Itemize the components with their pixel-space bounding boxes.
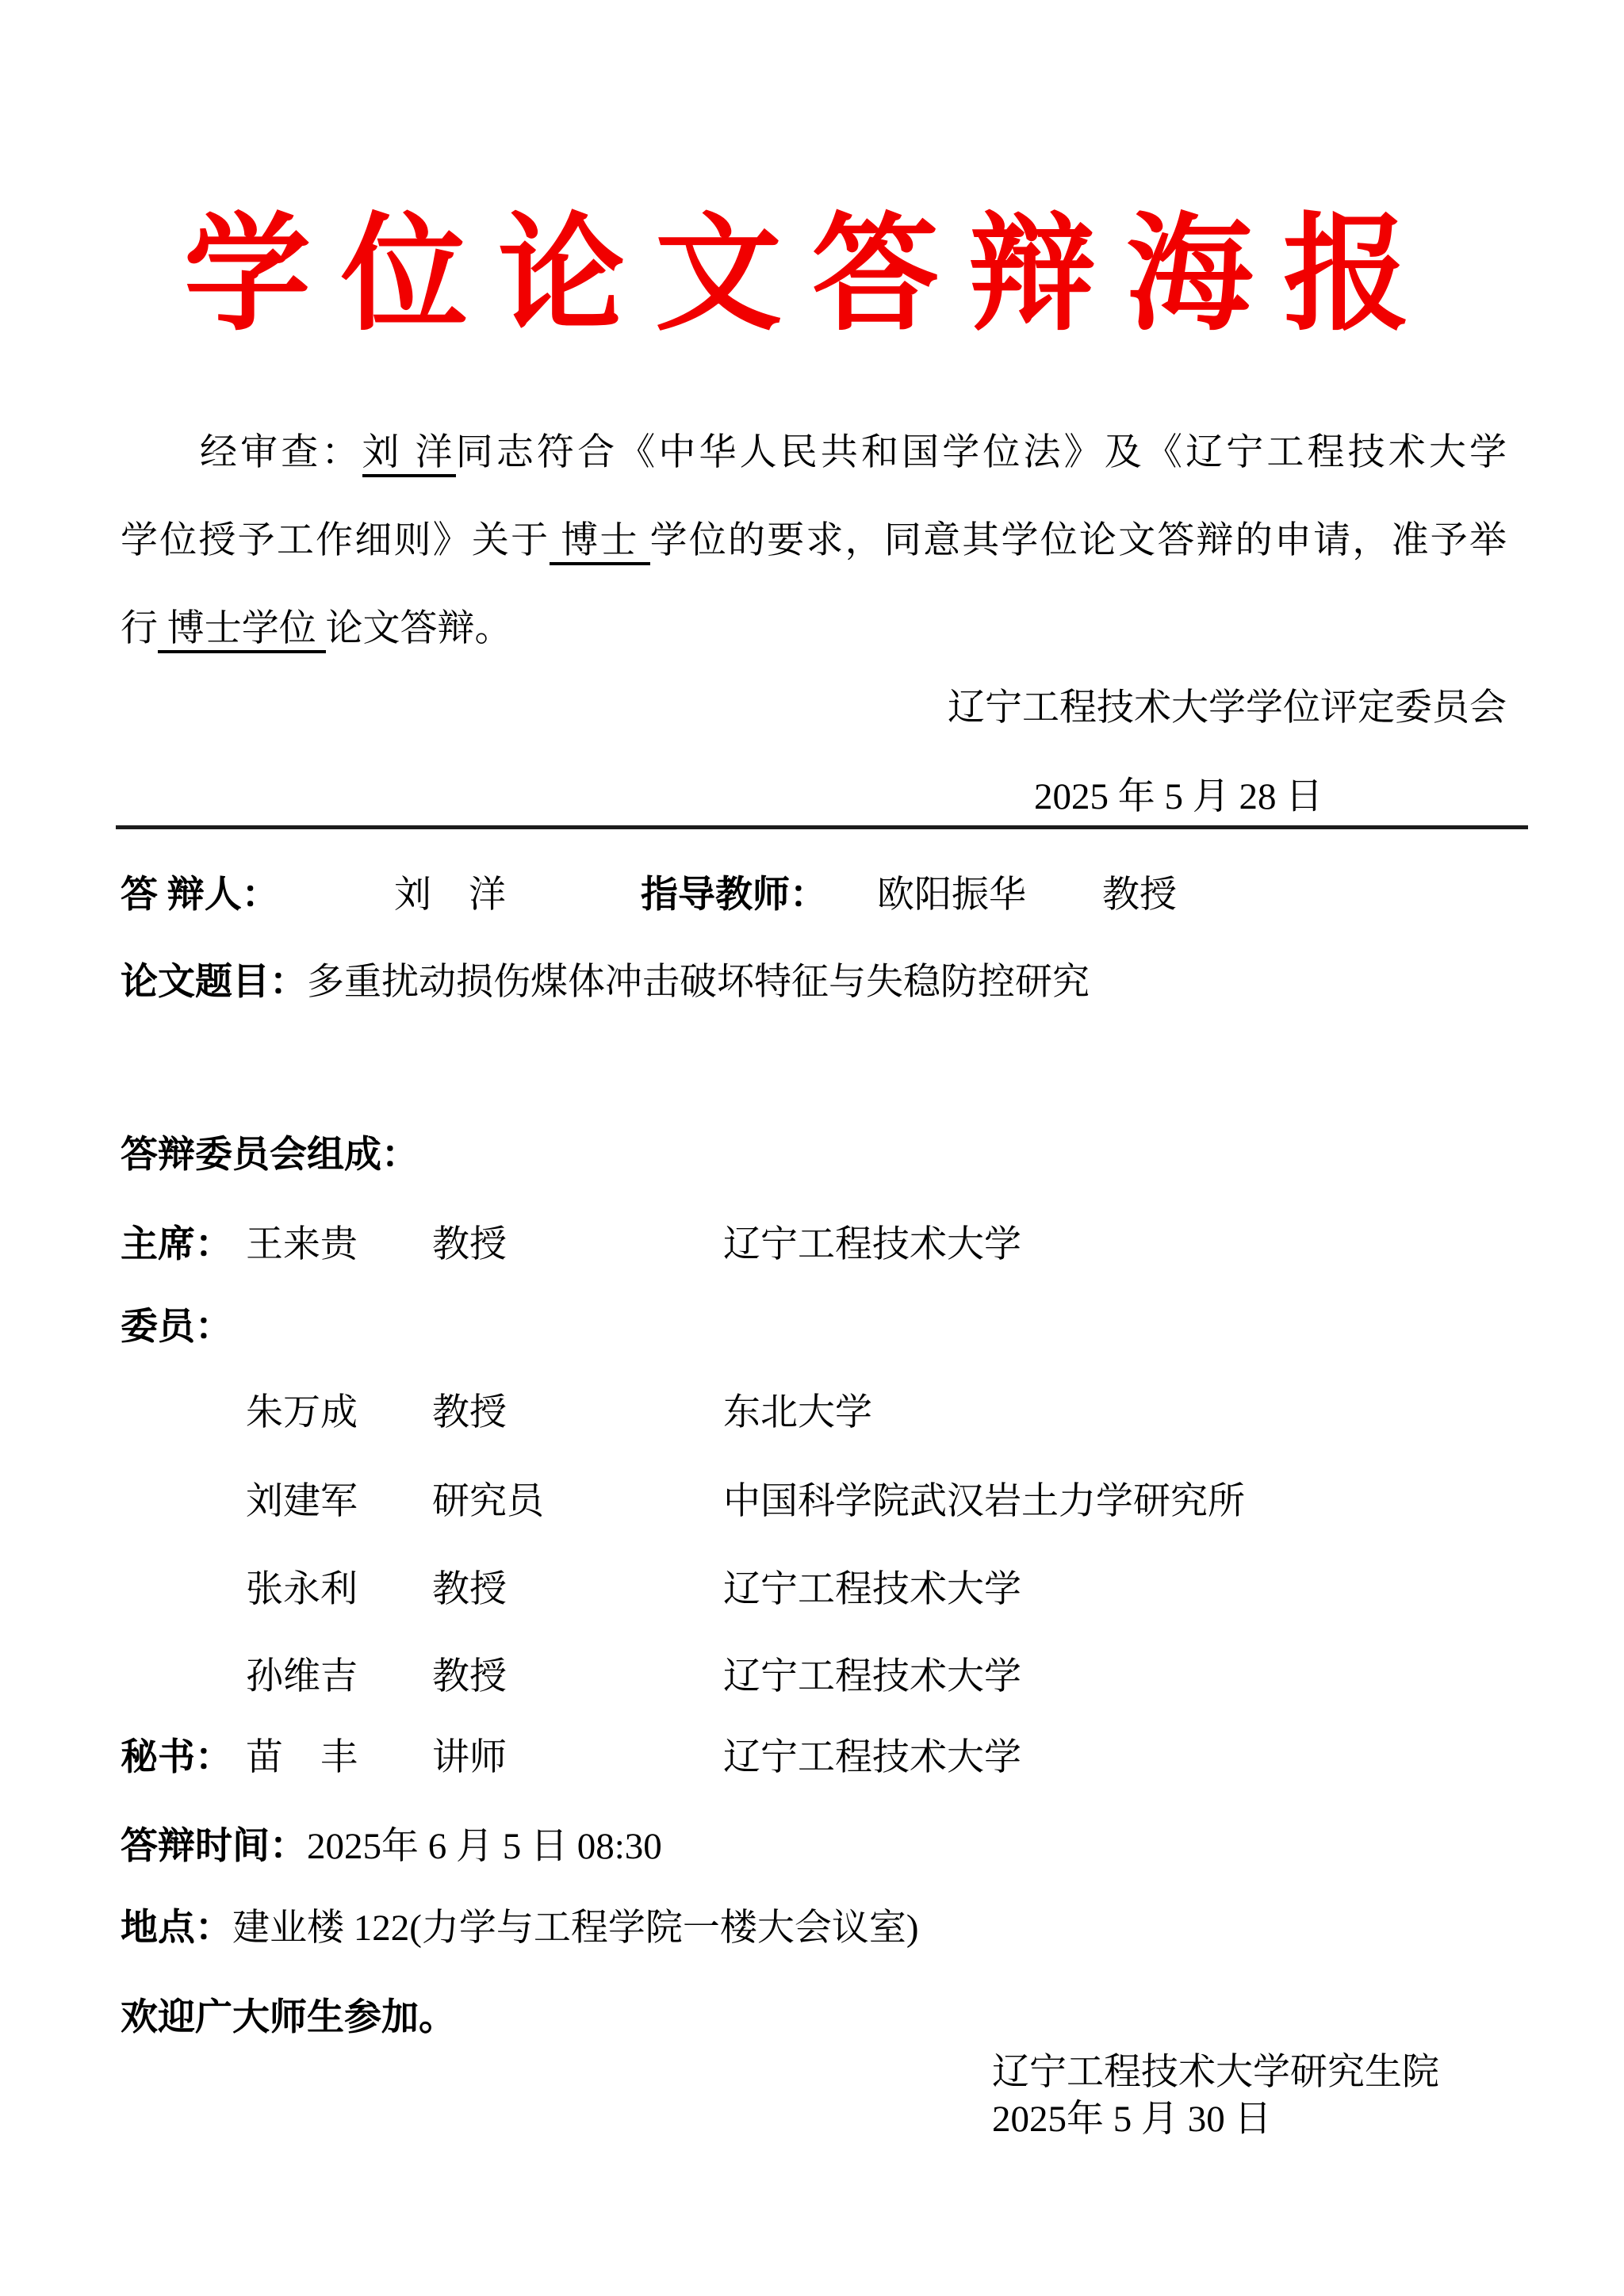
members-label: 委员： (121, 1304, 232, 1350)
chair-title: 教授 (432, 1222, 507, 1268)
footer-signoff: 辽宁工程技术大学研究生院 2025年 5 月 30 日 (992, 2049, 1439, 2143)
member-org: 辽宁工程技术大学 (723, 1567, 1021, 1613)
member-row: 朱万成 教授 东北大学 (121, 1390, 1545, 1437)
member-name: 张永利 (246, 1567, 358, 1613)
chair-row: 主席： 王来贵 教授 辽宁工程技术大学 (121, 1222, 1545, 1269)
member-org: 东北大学 (723, 1390, 872, 1436)
secretary-name: 苗 丰 (246, 1735, 358, 1781)
footer-org: 辽宁工程技术大学研究生院 (992, 2049, 1439, 2096)
member-name: 朱万成 (246, 1390, 358, 1436)
intro-line3-pre: 行 (121, 608, 158, 649)
time-label: 答辩时间： (121, 1826, 307, 1867)
intro-line1-pre: 经审查： (200, 432, 362, 473)
intro-line-3: 行 博士学位 论文答辩。 (121, 585, 1507, 673)
intro-line-2: 学位授予工作细则》关于 博士 学位的要求，同意其学位论文答辩的申请，准予举 (121, 497, 1507, 585)
member-name: 刘建军 (246, 1479, 358, 1525)
chair-org: 辽宁工程技术大学 (723, 1222, 1021, 1268)
page-title: 学位论文答辩海报 (0, 202, 1624, 349)
place-label: 地点： (121, 1908, 232, 1949)
defense-time-line: 答辩时间：2025年 6 月 5 日 08:30 (121, 1823, 662, 1869)
chair-name: 王来贵 (246, 1222, 358, 1268)
defender-name: 刘 洋 (394, 872, 506, 918)
secretary-label: 秘书： (121, 1735, 232, 1781)
member-title: 教授 (432, 1567, 507, 1613)
secretary-row: 秘书： 苗 丰 讲师 辽宁工程技术大学 (121, 1735, 1545, 1782)
secretary-org: 辽宁工程技术大学 (723, 1735, 1021, 1781)
committee-heading: 答辩委员会组成： (121, 1132, 419, 1178)
secretary-title: 讲师 (432, 1735, 507, 1781)
supervisor-title: 教授 (1102, 872, 1177, 918)
member-row: 张永利 教授 辽宁工程技术大学 (121, 1567, 1545, 1614)
intro-paragraph: 经审查：刘 洋同志符合《中华人民共和国学位法》及《辽宁工程技术大学 学位授予工作… (121, 409, 1507, 673)
signoff-committee-date: 2025 年 5 月 28 日 (1034, 774, 1323, 820)
supervisor-name: 欧阳振华 (877, 872, 1026, 918)
intro-line2-pre: 学位授予工作细则》关于 (121, 520, 550, 561)
footer-date: 2025年 5 月 30 日 (992, 2096, 1439, 2143)
degree-underlined: 博士 (550, 520, 649, 565)
member-org: 中国科学院武汉岩土力学研究所 (723, 1479, 1245, 1525)
section-divider (116, 825, 1528, 829)
place-value: 建业楼 122(力学与工程学院一楼大会议室) (232, 1908, 919, 1949)
topic-line: 论文题目：多重扰动损伤煤体冲击破坏特征与失稳防控研究 (121, 959, 1545, 1007)
signoff-committee: 辽宁工程技术大学学位评定委员会 (0, 685, 1507, 731)
member-row: 孙维吉 教授 辽宁工程技术大学 (121, 1654, 1545, 1701)
intro-line3-post: 论文答辩。 (326, 608, 512, 649)
degree-type-underlined: 博士学位 (158, 608, 326, 653)
poster-page: 学位论文答辩海报 经审查：刘 洋同志符合《中华人民共和国学位法》及《辽宁工程技术… (0, 0, 1624, 2296)
defense-place-line: 地点：建业楼 122(力学与工程学院一楼大会议室) (121, 1905, 919, 1951)
member-title: 教授 (432, 1654, 507, 1700)
intro-line1-post: 同志符合《中华人民共和国学位法》及《辽宁工程技术大学 (456, 432, 1507, 473)
time-value: 2025年 6 月 5 日 08:30 (307, 1826, 662, 1867)
defender-label: 答 辩人： (121, 872, 279, 918)
intro-line-1: 经审查：刘 洋同志符合《中华人民共和国学位法》及《辽宁工程技术大学 (121, 409, 1507, 497)
member-title: 研究员 (432, 1479, 544, 1525)
supervisor-label: 指导教师： (641, 872, 827, 918)
defender-supervisor-line: 答 辩人： 刘 洋 指导教师： 欧阳振华 教授 (121, 872, 1545, 920)
topic-text: 多重扰动损伤煤体冲击破坏特征与失稳防控研究 (307, 962, 1090, 1003)
defender-name-underlined: 刘 洋 (362, 432, 456, 477)
member-org: 辽宁工程技术大学 (723, 1654, 1021, 1700)
chair-label: 主席： (121, 1222, 232, 1268)
welcome-text: 欢迎广大师生参加。 (121, 1995, 456, 2041)
intro-line2-post: 学位的要求，同意其学位论文答辩的申请，准予举 (650, 520, 1507, 561)
topic-label: 论文题目： (121, 962, 307, 1003)
member-row: 刘建军 研究员 中国科学院武汉岩土力学研究所 (121, 1479, 1545, 1526)
member-name: 孙维吉 (246, 1654, 358, 1700)
member-title: 教授 (432, 1390, 507, 1436)
